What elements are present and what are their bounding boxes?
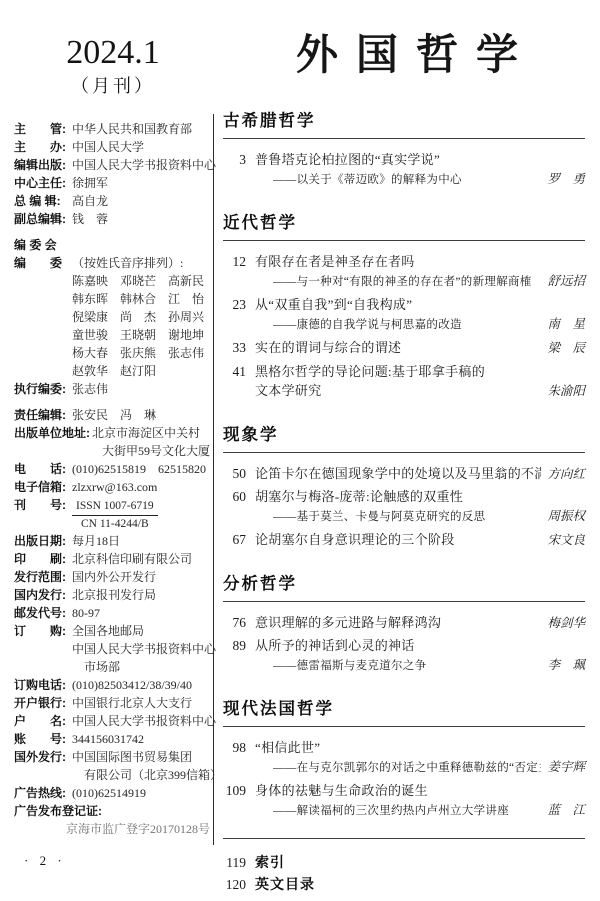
edboard-names: 童世骏 王晓朝 谢地坤 [72, 326, 204, 344]
info-row-address: 出版单位地址:北京市海淀区中关村 [14, 424, 212, 442]
edboard-names: 赵敦华 赵汀阳 [72, 362, 156, 380]
info-label: 刊 号: [14, 496, 70, 514]
author-name: 梁 辰 [541, 339, 585, 359]
toc-entry: 50论笛卡尔在德国现象学中的处境以及马里翁的不满方向红 [223, 464, 585, 485]
info-label: 邮发代号: [14, 604, 70, 622]
ad-license-number-row: 京海市监广登字20170128号 [14, 820, 212, 838]
info-address-line2: 大街甲59号文化大厦 [102, 442, 212, 460]
info-value: 中国国际图书贸易集团 [72, 748, 192, 766]
section-heading: 现代法国哲学 [223, 699, 585, 720]
page-number: 89 [223, 636, 246, 656]
info-row-edboard-note: 编 委（按姓氏音序排列）: [14, 254, 212, 272]
author-name: 南 星 [541, 315, 585, 335]
toc-line: 60胡塞尔与梅洛-庞蒂:论触感的双重性 [223, 487, 585, 507]
toc-entry: 60胡塞尔与梅洛-庞蒂:论触感的双重性 ——基于莫兰、卡曼与阿莫克研究的反思周振… [223, 487, 585, 527]
article-title: 身体的祛魅与生命政治的诞生 [255, 781, 428, 801]
info-label: 编 委 会 [14, 236, 70, 254]
backmatter-row-english-contents: 120英文目录 [223, 874, 585, 896]
article-subtitle: ——与一种对“有限的神圣的存在者”的新理解商榷 [273, 273, 532, 293]
info-row-chief-editor: 总 编 辑:高自龙 [14, 192, 212, 210]
info-label: 订购电话: [14, 676, 70, 694]
edboard-names-row: 韩东晖 韩林合 江 怡 [14, 290, 212, 308]
toc-section-modern: 近代哲学 12有限存在者是神圣存在者吗 ——与一种对“有限的神圣的存在者”的新理… [223, 213, 585, 402]
info-row-issn: 刊 号:ISSN 1007-6719CN 11-4244/B [14, 496, 212, 532]
info-label: 出版单位地址: [14, 424, 90, 442]
issue-number: 2024.1 [14, 33, 212, 73]
info-row-post-code: 邮发代号:80-97 [14, 604, 212, 622]
info-label: 主 管: [14, 120, 70, 138]
section-rule [223, 601, 585, 602]
info-value: 钱 蓉 [72, 210, 108, 228]
section-rule [223, 726, 585, 727]
toc-line: 109身体的祛魅与生命政治的诞生 [223, 781, 585, 801]
info-value: 中华人民共和国教育部 [72, 120, 192, 138]
article-subtitle: ——德雷福斯与麦克道尔之争 [273, 657, 426, 677]
toc-entry: 67论胡塞尔自身意识理论的三个阶段宋文良 [223, 530, 585, 551]
info-label: 广告发布登记证: [14, 802, 102, 820]
info-row-exec-editor: 执行编委:张志伟 [14, 380, 212, 398]
info-value: 中国银行北京人大支行 [72, 694, 192, 712]
article-title: 普鲁塔克论柏拉图的“真实学说” [255, 150, 440, 170]
edboard-names-row: 杨大春 张庆熊 张志伟 [14, 344, 212, 362]
article-title-continued: 文本学研究 [255, 381, 322, 401]
article-title: 从“双重自我”到“自我构成” [255, 295, 412, 315]
toc-list: 古希腊哲学 3普鲁塔克论柏拉图的“真实学说” ——以关于《蒂迈欧》的解释为中心罗… [214, 81, 600, 895]
author-name: 方向红 [541, 465, 585, 485]
info-row-resp-editor: 责任编辑:张安民 冯 琳 [14, 406, 212, 424]
page-number: 98 [223, 738, 246, 758]
edboard-names-row: 童世骏 王晓朝 谢地坤 [14, 326, 212, 344]
article-title: “相信此世” [255, 738, 320, 758]
info-row-edboard-title: 编 委 会 [14, 236, 212, 254]
author-name: 罗 勇 [541, 170, 585, 190]
info-label: 电子信箱: [14, 478, 70, 496]
info-label: 执行编委: [14, 380, 70, 398]
info-label: 发行范围: [14, 568, 70, 586]
page-number: 67 [223, 530, 246, 550]
info-row-ad-license: 广告发布登记证: [14, 802, 212, 820]
article-title: 胡塞尔与梅洛-庞蒂:论触感的双重性 [255, 487, 463, 507]
page-number: 3 [223, 150, 246, 170]
info-value: 每月18日 [72, 532, 120, 550]
toc-line: ——德雷福斯与麦克道尔之争李 珮 [223, 656, 585, 677]
info-row-account-number: 账 号:344156031742 [14, 730, 212, 748]
issn-cn-fraction: ISSN 1007-6719CN 11-4244/B [72, 499, 158, 532]
author-name: 姜宇辉 [541, 758, 585, 778]
article-title: 有限存在者是神圣存在者吗 [255, 252, 415, 272]
toc-entry: 76意识理解的多元进路与解释鸿沟梅剑华 [223, 613, 585, 634]
article-subtitle: ——以关于《蒂迈欧》的解释为中心 [273, 171, 462, 191]
info-value: (010)82503412/38/39/40 [72, 676, 192, 694]
publication-info-panel: 2024.1 （月刊） 主 管:中华人民共和国教育部 主 办:中国人民大学 编辑… [14, 0, 212, 838]
toc-line: 98“相信此世” [223, 738, 585, 758]
info-row-sponsor: 主 办:中国人民大学 [14, 138, 212, 156]
info-row-subscribe: 订 购:全国各地邮局 [14, 622, 212, 640]
toc-line: ——与一种对“有限的神圣的存在者”的新理解商榷舒远招 [223, 272, 585, 293]
ad-license-number: 京海市监广登字20170128号 [66, 820, 210, 838]
info-label: 开户银行: [14, 694, 70, 712]
toc-entry: 98“相信此世” ——在与克尔凯郭尔的对话之中重释德勒兹的“否定主义”姜宇辉 [223, 738, 585, 778]
issue-frequency: （月刊） [14, 73, 212, 100]
info-label: 责任编辑: [14, 406, 70, 424]
toc-section-french: 现代法国哲学 98“相信此世” ——在与克尔凯郭尔的对话之中重释德勒兹的“否定主… [223, 699, 585, 821]
toc-entry: 23从“双重自我”到“自我构成” ——康德的自我学说与柯思嘉的改造南 星 [223, 295, 585, 335]
edboard-names-row: 陈嘉映 邓晓芒 高新民 [14, 272, 212, 290]
page-number: 33 [223, 338, 246, 358]
info-label: 广告热线: [14, 784, 70, 802]
info-row-overseas-dist: 国外发行:中国国际图书贸易集团 [14, 748, 212, 766]
info-label: 副总编辑: [14, 210, 70, 228]
info-label: 总 编 辑: [14, 192, 70, 210]
subscribe-line2: 中国人民大学书报资料中心 [72, 640, 212, 658]
toc-entry: 12有限存在者是神圣存在者吗 ——与一种对“有限的神圣的存在者”的新理解商榷舒远… [223, 252, 585, 292]
toc-section-analytic: 分析哲学 76意识理解的多元进路与解释鸿沟梅剑华 89从所予的神话到心灵的神话 … [223, 574, 585, 677]
backmatter-row-index: 119索引 [223, 852, 585, 874]
info-row-supervisor: 主 管:中华人民共和国教育部 [14, 120, 212, 138]
info-label: 编辑出版: [14, 156, 70, 174]
edboard-names: 韩东晖 韩林合 江 怡 [72, 290, 204, 308]
article-title: 论胡塞尔自身意识理论的三个阶段 [255, 530, 455, 550]
page-number: 41 [223, 362, 246, 382]
info-value: zlzxrw@163.com [72, 478, 157, 496]
toc-line: 23从“双重自我”到“自我构成” [223, 295, 585, 315]
section-heading: 近代哲学 [223, 213, 585, 234]
info-row-printer: 印 刷:北京科信印刷有限公司 [14, 550, 212, 568]
toc-panel: 外国哲学 古希腊哲学 3普鲁塔克论柏拉图的“真实学说” ——以关于《蒂迈欧》的解… [214, 0, 600, 895]
toc-line: 89从所予的神话到心灵的神话 [223, 636, 585, 656]
article-subtitle: ——康德的自我学说与柯思嘉的改造 [273, 316, 462, 336]
info-value: 中国人民大学书报资料中心 [72, 712, 212, 730]
page-number: 12 [223, 252, 246, 272]
section-rule [223, 138, 585, 139]
info-row-ad-hotline: 广告热线:(010)62514919 [14, 784, 212, 802]
info-value: 80-97 [72, 604, 100, 622]
page-number: 120 [223, 875, 246, 896]
article-title: 意识理解的多元进路与解释鸿沟 [255, 613, 441, 633]
toc-entry: 41黑格尔哲学的导论问题:基于耶拿手稿的 文本学研究朱渝阳 [223, 362, 585, 402]
backmatter-rule [223, 838, 585, 839]
toc-entry: 3普鲁塔克论柏拉图的“真实学说” ——以关于《蒂迈欧》的解释为中心罗 勇 [223, 150, 585, 190]
toc-entry: 33实在的谓词与综合的谓述梁 辰 [223, 338, 585, 359]
info-value: 中国人民大学书报资料中心 [72, 156, 212, 174]
toc-line: ——康德的自我学说与柯思嘉的改造南 星 [223, 315, 585, 336]
info-value: 高自龙 [72, 192, 108, 210]
info-label: 电 话: [14, 460, 70, 478]
toc-line: ——解读福柯的三次里约热内卢州立大学讲座蓝 江 [223, 801, 585, 822]
author-name: 周振权 [541, 507, 585, 527]
section-rule [223, 240, 585, 241]
toc-line: 50论笛卡尔在德国现象学中的处境以及马里翁的不满方向红 [223, 464, 585, 485]
edboard-names: 倪梁康 尚 杰 孙周兴 [72, 308, 204, 326]
info-value: 中国人民大学 [72, 138, 144, 156]
info-value: 北京科信印刷有限公司 [72, 550, 192, 568]
publication-info-list: 主 管:中华人民共和国教育部 主 办:中国人民大学 编辑出版:中国人民大学书报资… [14, 120, 212, 838]
author-name: 梅剑华 [541, 614, 585, 634]
info-value: 张志伟 [72, 380, 108, 398]
toc-line: 33实在的谓词与综合的谓述梁 辰 [223, 338, 585, 359]
toc-line: 41黑格尔哲学的导论问题:基于耶拿手稿的 [223, 362, 585, 382]
section-rule [223, 452, 585, 453]
article-subtitle: ——在与克尔凯郭尔的对话之中重释德勒兹的“否定主义” [273, 759, 541, 779]
toc-section-ancient-greek: 古希腊哲学 3普鲁塔克论柏拉图的“真实学说” ——以关于《蒂迈欧》的解释为中心罗… [223, 111, 585, 190]
article-title: 实在的谓词与综合的谓述 [255, 338, 401, 358]
info-value: (010)62514919 [72, 784, 146, 802]
info-row-deputy-editor: 副总编辑:钱 蓉 [14, 210, 212, 228]
info-row-email: 电子信箱:zlzxrw@163.com [14, 478, 212, 496]
info-value: 徐拥军 [72, 174, 108, 192]
author-name: 宋文良 [541, 531, 585, 551]
info-value: （按姓氏音序排列）: [72, 254, 183, 272]
info-value: 国内外公开发行 [72, 568, 156, 586]
toc-section-phenomenology: 现象学 50论笛卡尔在德国现象学中的处境以及马里翁的不满方向红 60胡塞尔与梅洛… [223, 425, 585, 551]
info-row-domestic-dist: 国内发行:北京报刊发行局 [14, 586, 212, 604]
page-number: 50 [223, 464, 246, 484]
article-title: 黑格尔哲学的导论问题:基于耶拿手稿的 [255, 362, 485, 382]
toc-line: 76意识理解的多元进路与解释鸿沟梅剑华 [223, 613, 585, 634]
author-name: 蓝 江 [541, 801, 585, 821]
info-label: 账 号: [14, 730, 70, 748]
info-value: 北京市海淀区中关村 [92, 424, 200, 442]
author-name: 李 珮 [541, 656, 585, 676]
journal-title: 外国哲学 [214, 31, 600, 81]
toc-line: 67论胡塞尔自身意识理论的三个阶段宋文良 [223, 530, 585, 551]
article-subtitle: ——基于莫兰、卡曼与阿莫克研究的反思 [273, 508, 485, 528]
info-value: 北京报刊发行局 [72, 586, 156, 604]
cn-number: CN 11-4244/B [72, 516, 158, 532]
edboard-names: 陈嘉映 邓晓芒 高新民 [72, 272, 204, 290]
info-row-bank: 开户银行:中国银行北京人大支行 [14, 694, 212, 712]
toc-line: ——在与克尔凯郭尔的对话之中重释德勒兹的“否定主义”姜宇辉 [223, 758, 585, 779]
toc-line: 文本学研究朱渝阳 [223, 381, 585, 402]
info-label: 出版日期: [14, 532, 70, 550]
info-row-publisher: 编辑出版:中国人民大学书报资料中心 [14, 156, 212, 174]
toc-line: 3普鲁塔克论柏拉图的“真实学说” [223, 150, 585, 170]
toc-entry: 89从所予的神话到心灵的神话 ——德雷福斯与麦克道尔之争李 珮 [223, 636, 585, 676]
toc-line: 12有限存在者是神圣存在者吗 [223, 252, 585, 272]
toc-line: ——基于莫兰、卡曼与阿莫克研究的反思周振权 [223, 507, 585, 528]
toc-line: ——以关于《蒂迈欧》的解释为中心罗 勇 [223, 170, 585, 191]
info-row-pub-date: 出版日期:每月18日 [14, 532, 212, 550]
info-row-phone: 电 话:(010)62515819 62515820 [14, 460, 212, 478]
edboard-names: 杨大春 张庆熊 张志伟 [72, 344, 204, 362]
info-label: 订 购: [14, 622, 70, 640]
section-heading: 分析哲学 [223, 574, 585, 595]
info-label: 主 办: [14, 138, 70, 156]
info-label: 编 委 [14, 254, 70, 272]
info-value: 张安民 冯 琳 [72, 406, 156, 424]
edboard-names-row: 赵敦华 赵汀阳 [14, 362, 212, 380]
info-label: 中心主任: [14, 174, 70, 192]
info-value: (010)62515819 62515820 [72, 460, 206, 478]
overseas-dist-line2: 有限公司（北京399信箱） [84, 766, 212, 784]
info-row-dist-scope: 发行范围:国内外公开发行 [14, 568, 212, 586]
page-number: 23 [223, 295, 246, 315]
section-heading: 现象学 [223, 425, 585, 446]
toc-entry: 109身体的祛魅与生命政治的诞生 ——解读福柯的三次里约热内卢州立大学讲座蓝 江 [223, 781, 585, 821]
info-row-account-name: 户 名:中国人民大学书报资料中心 [14, 712, 212, 730]
article-subtitle: ——解读福柯的三次里约热内卢州立大学讲座 [273, 802, 509, 822]
subscribe-line3: 市场部 [84, 658, 212, 676]
info-value: 344156031742 [72, 730, 144, 748]
page-number-footer: · 2 · [24, 853, 66, 869]
info-label: 印 刷: [14, 550, 70, 568]
journal-toc-page: 2024.1 （月刊） 主 管:中华人民共和国教育部 主 办:中国人民大学 编辑… [0, 0, 600, 901]
info-label: 户 名: [14, 712, 70, 730]
info-label: 国内发行: [14, 586, 70, 604]
info-row-center-director: 中心主任:徐拥军 [14, 174, 212, 192]
issn-number: ISSN 1007-6719 [72, 499, 158, 516]
issue-block: 2024.1 （月刊） [14, 33, 212, 100]
section-heading: 古希腊哲学 [223, 111, 585, 132]
backmatter-label: 英文目录 [255, 874, 315, 895]
info-value: 全国各地邮局 [72, 622, 144, 640]
edboard-names-row: 倪梁康 尚 杰 孙周兴 [14, 308, 212, 326]
info-label: 国外发行: [14, 748, 70, 766]
page-number: 109 [223, 781, 246, 801]
page-number: 76 [223, 613, 246, 633]
page-number: 119 [223, 853, 246, 874]
author-name: 朱渝阳 [541, 382, 585, 402]
article-title: 论笛卡尔在德国现象学中的处境以及马里翁的不满 [255, 464, 541, 484]
author-name: 舒远招 [541, 272, 585, 292]
page-number: 60 [223, 487, 246, 507]
backmatter-label: 索引 [255, 852, 285, 873]
article-title: 从所予的神话到心灵的神话 [255, 636, 415, 656]
info-row-order-phone: 订购电话:(010)82503412/38/39/40 [14, 676, 212, 694]
